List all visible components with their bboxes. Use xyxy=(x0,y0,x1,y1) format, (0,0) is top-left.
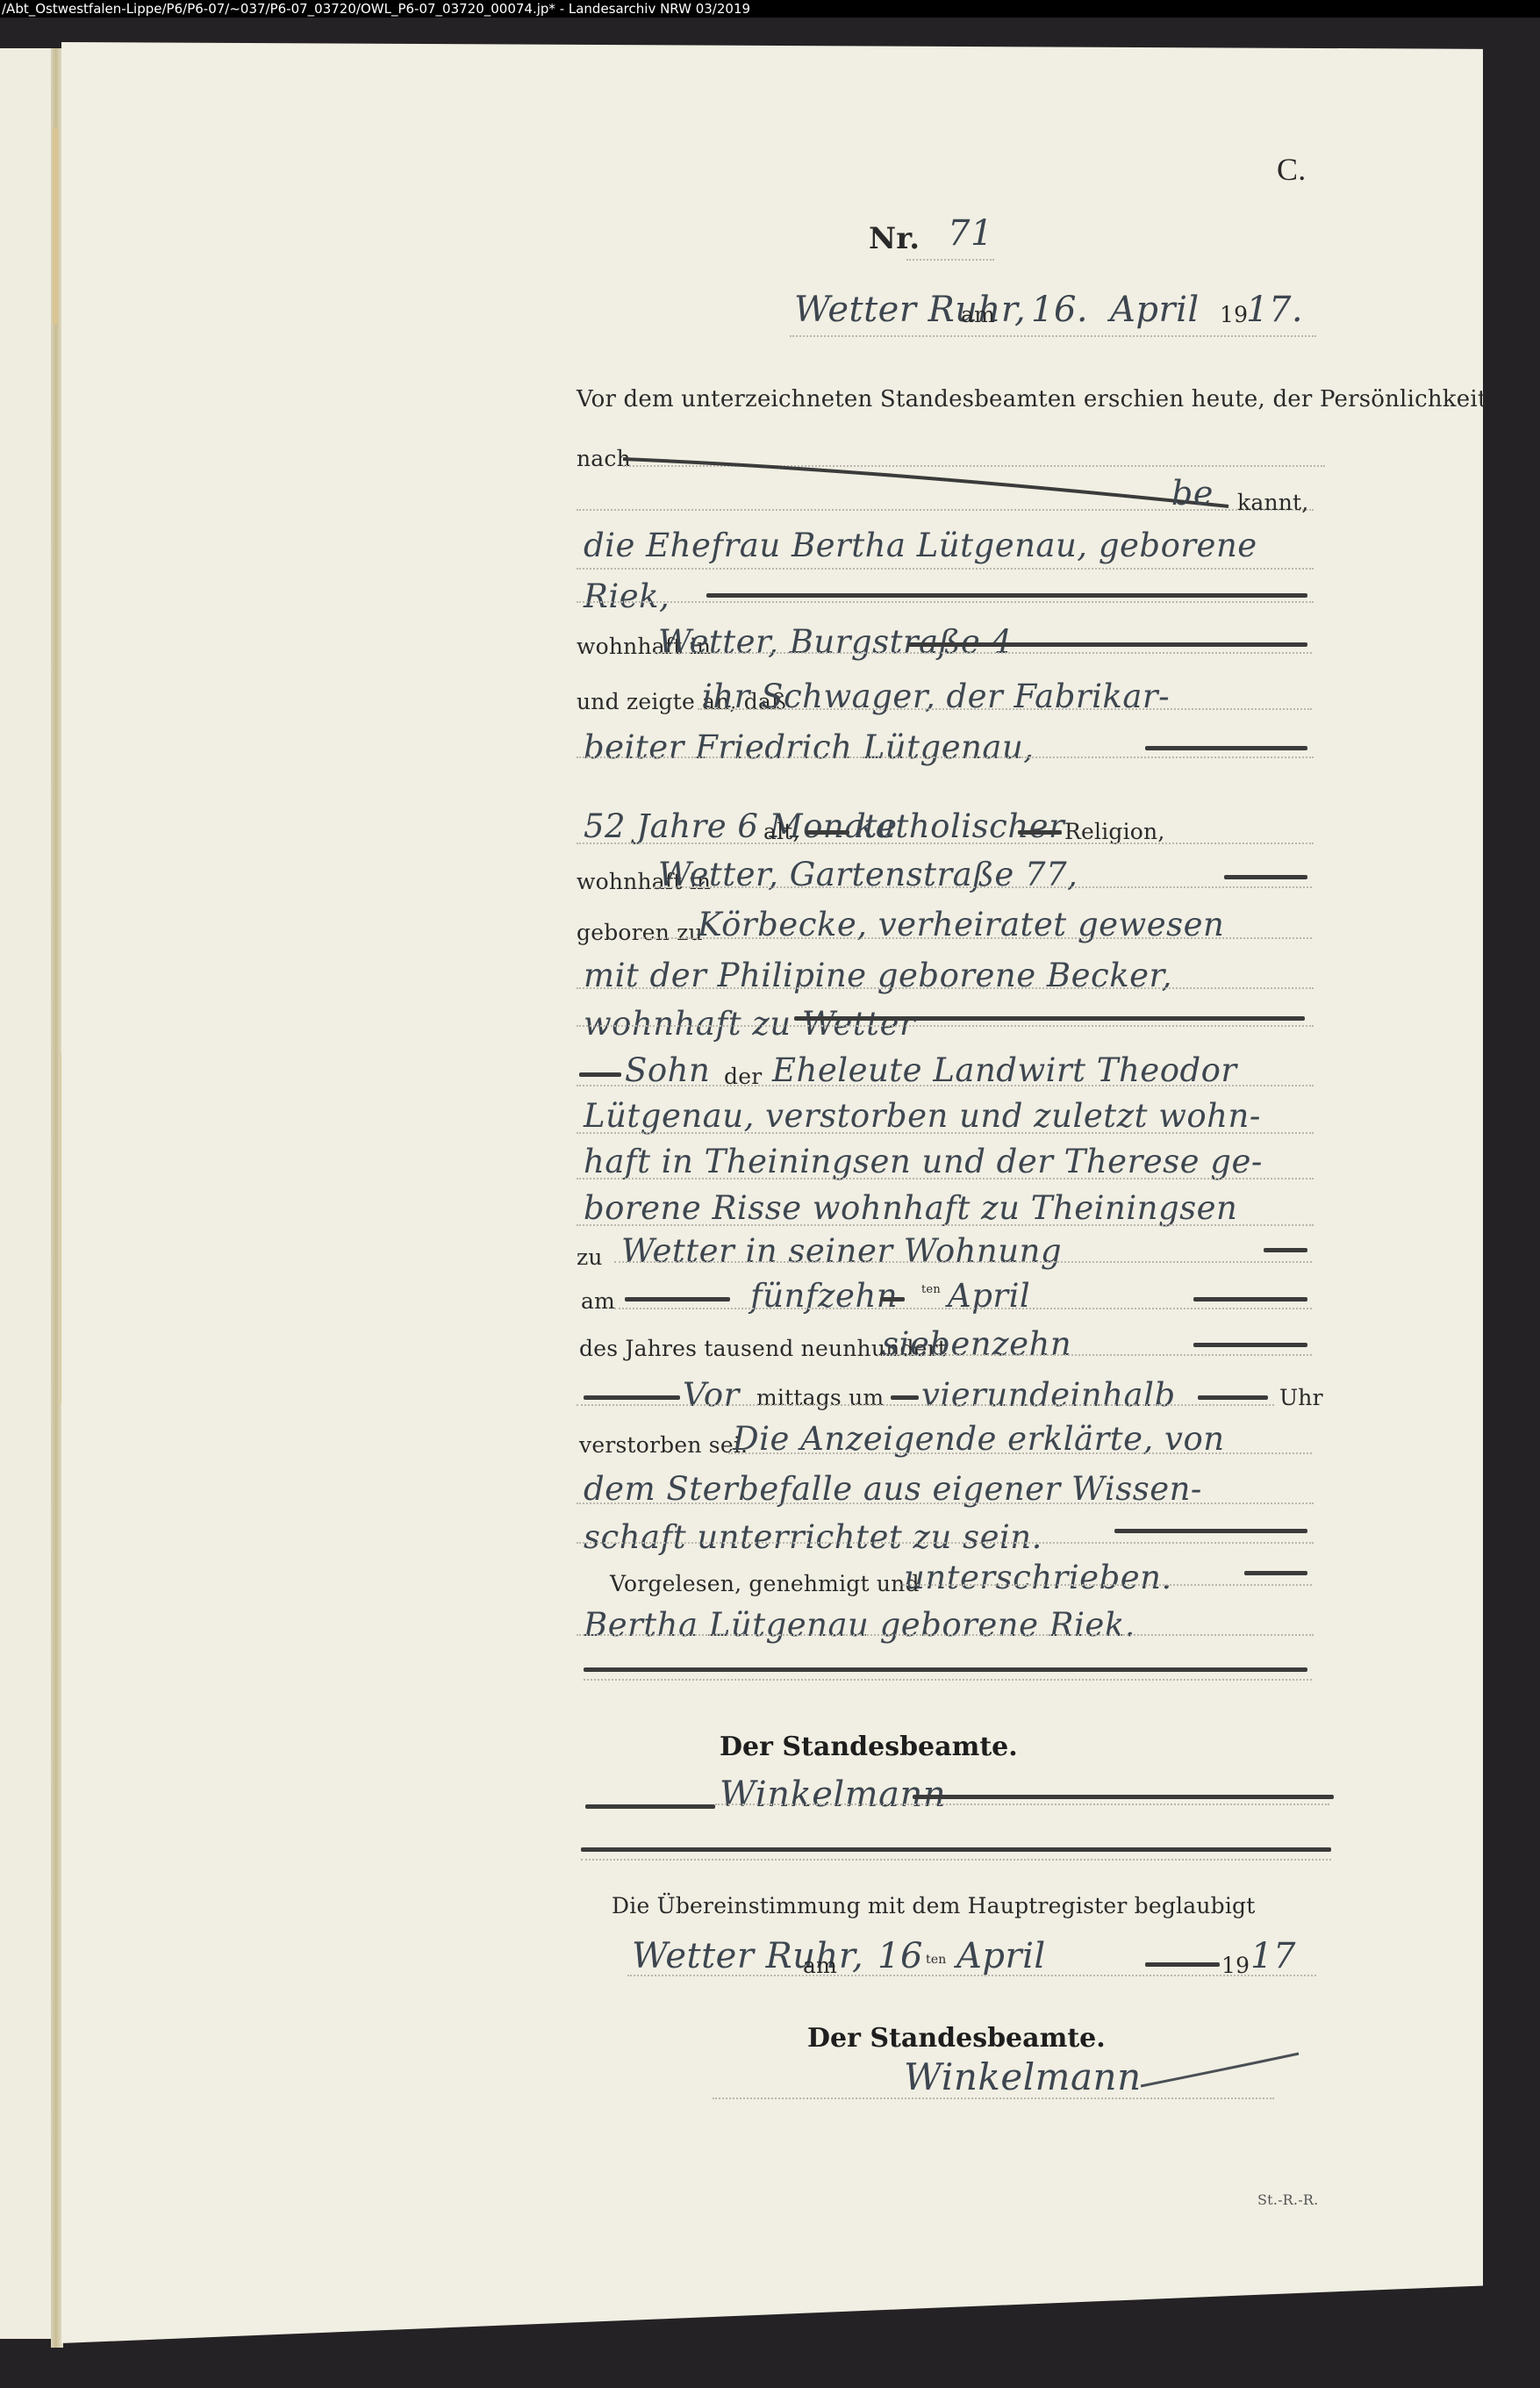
form-letter: C. xyxy=(1277,151,1306,188)
parents-son: Sohn xyxy=(625,1051,710,1089)
birth-label: geboren zu xyxy=(577,920,703,945)
fill-stroke xyxy=(584,1667,1307,1672)
death-time: vierundeinhalb xyxy=(921,1376,1176,1414)
informant-signature: Bertha Lütgenau geborene Riek. xyxy=(584,1606,1135,1644)
window-title: /Abt_Ostwestfalen-Lippe/P6/P6-07/~037/P6… xyxy=(2,1,750,17)
dotted-line xyxy=(877,1354,1312,1356)
dotted-line xyxy=(581,1859,1331,1861)
dotted-line xyxy=(577,1502,1314,1504)
birth-line-3: wohnhaft zu Wetter xyxy=(584,1005,915,1043)
dotted-line xyxy=(577,1132,1314,1134)
registration-year: 17. xyxy=(1246,290,1303,330)
fill-stroke xyxy=(585,1804,715,1809)
zu-label: zu xyxy=(577,1244,603,1270)
death-year: siebenzehn xyxy=(882,1325,1071,1363)
dotted-line xyxy=(577,987,1314,989)
certification-text: Die Übereinstimmung mit dem Hauptregiste… xyxy=(612,1893,1256,1918)
am-label: am xyxy=(581,1288,615,1314)
intro-text: Vor dem unterzeichneten Standesbeamten e… xyxy=(577,386,1487,412)
fill-stroke xyxy=(706,593,1307,598)
fill-stroke xyxy=(1018,830,1062,835)
fill-stroke xyxy=(806,830,849,835)
death-place: Wetter in seiner Wohnung xyxy=(621,1232,1062,1270)
parents-line-3: haft in Theiningsen und der Therese ge- xyxy=(584,1143,1263,1180)
certification-month: April xyxy=(956,1936,1046,1976)
registration-month: April xyxy=(1110,290,1200,330)
registration-day: 16. xyxy=(1031,290,1088,330)
parents-line-2: Lütgenau, verstorben und zuletzt wohn- xyxy=(584,1097,1261,1135)
fill-stroke xyxy=(1244,1571,1307,1575)
fill-stroke xyxy=(1145,1962,1220,1967)
footer-mark: St.-R.-R. xyxy=(1257,2191,1318,2208)
record-number-label: Nr. xyxy=(869,221,920,256)
registrar-heading-2: Der Standesbeamte. xyxy=(807,2023,1106,2054)
binding-strip xyxy=(53,127,58,325)
dotted-line xyxy=(728,1452,1312,1454)
dotted-line xyxy=(577,1025,1314,1027)
fill-stroke xyxy=(913,1795,1334,1799)
parents-line-4: borene Risse wohnhaft zu Theiningsen xyxy=(584,1189,1237,1227)
bekannt-handwritten: be xyxy=(1171,474,1214,513)
dotted-line xyxy=(577,1224,1314,1226)
dotted-line xyxy=(715,1804,1329,1805)
ten-label: ten xyxy=(926,1953,947,1967)
dotted-line xyxy=(627,1975,1316,1976)
dotted-line xyxy=(577,757,1314,758)
dotted-line xyxy=(577,843,1314,844)
religion: katholischer xyxy=(856,807,1064,845)
fill-stroke xyxy=(1114,1529,1307,1533)
left-page-edge xyxy=(0,48,53,2339)
dotted-line xyxy=(790,335,1316,337)
registrar-signature: Winkelmann xyxy=(720,1775,946,1815)
dotted-line xyxy=(577,1178,1314,1180)
fill-stroke xyxy=(581,1847,1331,1852)
dotted-line xyxy=(614,1261,1312,1263)
fill-stroke xyxy=(579,1072,621,1077)
read-approved-value: unterschrieben. xyxy=(904,1559,1172,1596)
deceased-age: 52 Jahre 6 Monate xyxy=(584,807,898,845)
dotted-line xyxy=(906,259,994,261)
fill-stroke xyxy=(1193,1297,1307,1302)
time-prefix: Vor xyxy=(683,1376,740,1414)
fill-stroke xyxy=(880,1297,905,1302)
read-approved-label: Vorgelesen, genehmigt und xyxy=(610,1571,920,1596)
dotted-line xyxy=(577,568,1314,570)
dotted-line xyxy=(577,1085,1314,1086)
announced-line-2: beiter Friedrich Lütgenau, xyxy=(584,728,1035,766)
window-title-bar: /Abt_Ostwestfalen-Lippe/P6/P6-07/~037/P6… xyxy=(0,0,1540,18)
ten-label: ten xyxy=(921,1283,941,1296)
record-number: 71 xyxy=(948,213,993,254)
uhr-label: Uhr xyxy=(1279,1385,1323,1410)
religion-label: Religion, xyxy=(1064,819,1165,844)
fill-stroke xyxy=(1198,1395,1268,1400)
fill-stroke xyxy=(891,1395,919,1400)
bekannt-printed: kannt, xyxy=(1237,490,1308,515)
informant-line-1: die Ehefrau Bertha Lütgenau, geborene xyxy=(584,527,1257,564)
dotted-line xyxy=(577,1404,1274,1406)
year-prefix: 19 xyxy=(1220,302,1248,327)
fill-stroke xyxy=(584,1395,680,1400)
registrar-signature-2: Winkelmann xyxy=(904,2055,1142,2098)
mittags-label: mittags um xyxy=(756,1385,884,1410)
dotted-line xyxy=(577,1634,1314,1636)
fill-stroke xyxy=(1264,1248,1307,1252)
dotted-line xyxy=(698,708,1312,710)
verstorben-label: verstorben sei. xyxy=(579,1432,748,1458)
strike-line xyxy=(614,452,1264,513)
fill-stroke xyxy=(908,642,1307,647)
certification-year: 17 xyxy=(1250,1936,1296,1976)
signature-flourish xyxy=(1141,2049,1316,2093)
dotted-line xyxy=(614,1308,1312,1309)
fill-stroke xyxy=(1193,1343,1307,1347)
dotted-line xyxy=(577,1542,1314,1544)
dotted-line xyxy=(641,937,1312,939)
fill-stroke xyxy=(1145,746,1307,750)
statement-line-3: schaft unterrichtet zu sein. xyxy=(584,1518,1042,1556)
dotted-line xyxy=(654,652,1312,654)
dotted-line xyxy=(584,1679,1312,1681)
dotted-line xyxy=(577,601,1314,603)
registrar-heading: Der Standesbeamte. xyxy=(720,1732,1018,1762)
dotted-line xyxy=(654,886,1312,888)
certification-day: 16 xyxy=(877,1936,923,1976)
fill-stroke xyxy=(1224,875,1307,879)
alt-label: alt, xyxy=(763,819,800,844)
dotted-line xyxy=(713,2098,1274,2099)
informant-line-2: Riek, xyxy=(584,577,670,615)
parents-line-1: Eheleute Landwirt Theodor xyxy=(772,1051,1237,1089)
am-label: am xyxy=(961,302,995,327)
fill-stroke xyxy=(625,1297,730,1302)
dotted-line xyxy=(899,1584,1312,1586)
fill-stroke xyxy=(794,1016,1305,1021)
